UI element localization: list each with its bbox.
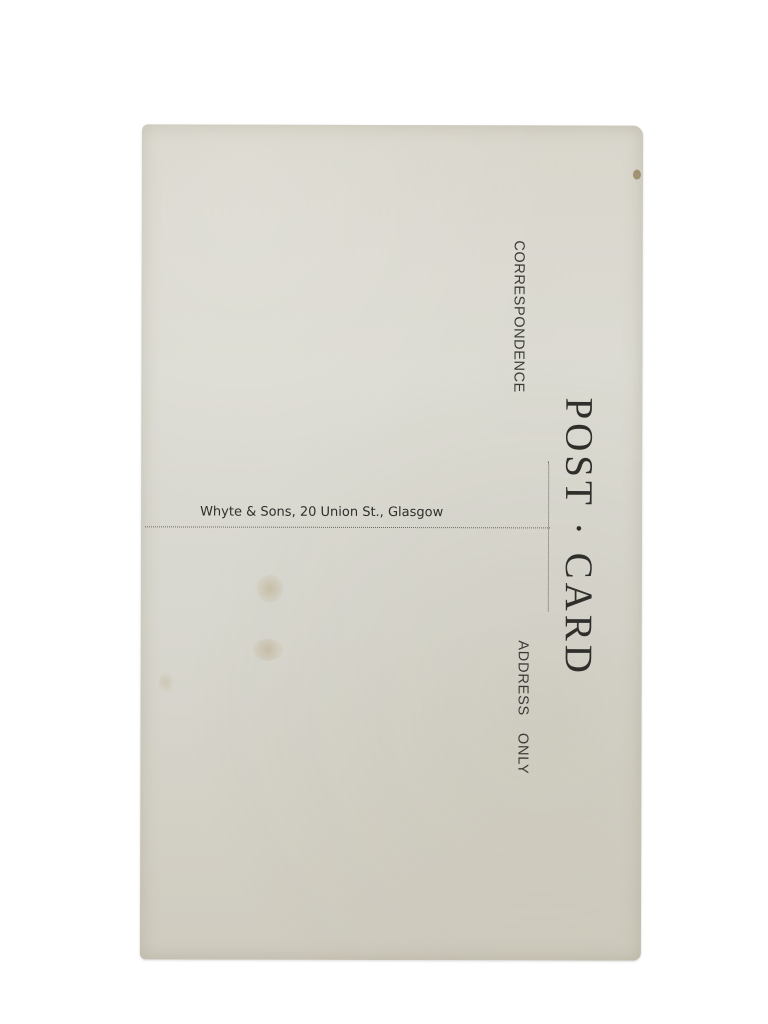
corner-wear-mark: [633, 170, 641, 180]
horizontal-dotted-divider: [145, 526, 550, 528]
address-only-label: ADDRESS ONLY: [514, 640, 530, 774]
foxing-stain: [159, 672, 173, 692]
correspondence-label: CORRESPONDENCE: [510, 240, 526, 393]
publisher-imprint: Whyte & Sons, 20 Union St., Glasgow: [200, 504, 443, 520]
foxing-stain: [253, 639, 283, 661]
postcard-back: CORRESPONDENCE POST · CARD ADDRESS ONLY …: [140, 124, 643, 960]
post-card-heading: POST · CARD: [556, 397, 602, 677]
foxing-stain: [257, 575, 283, 603]
vertical-dotted-divider: [548, 461, 549, 611]
